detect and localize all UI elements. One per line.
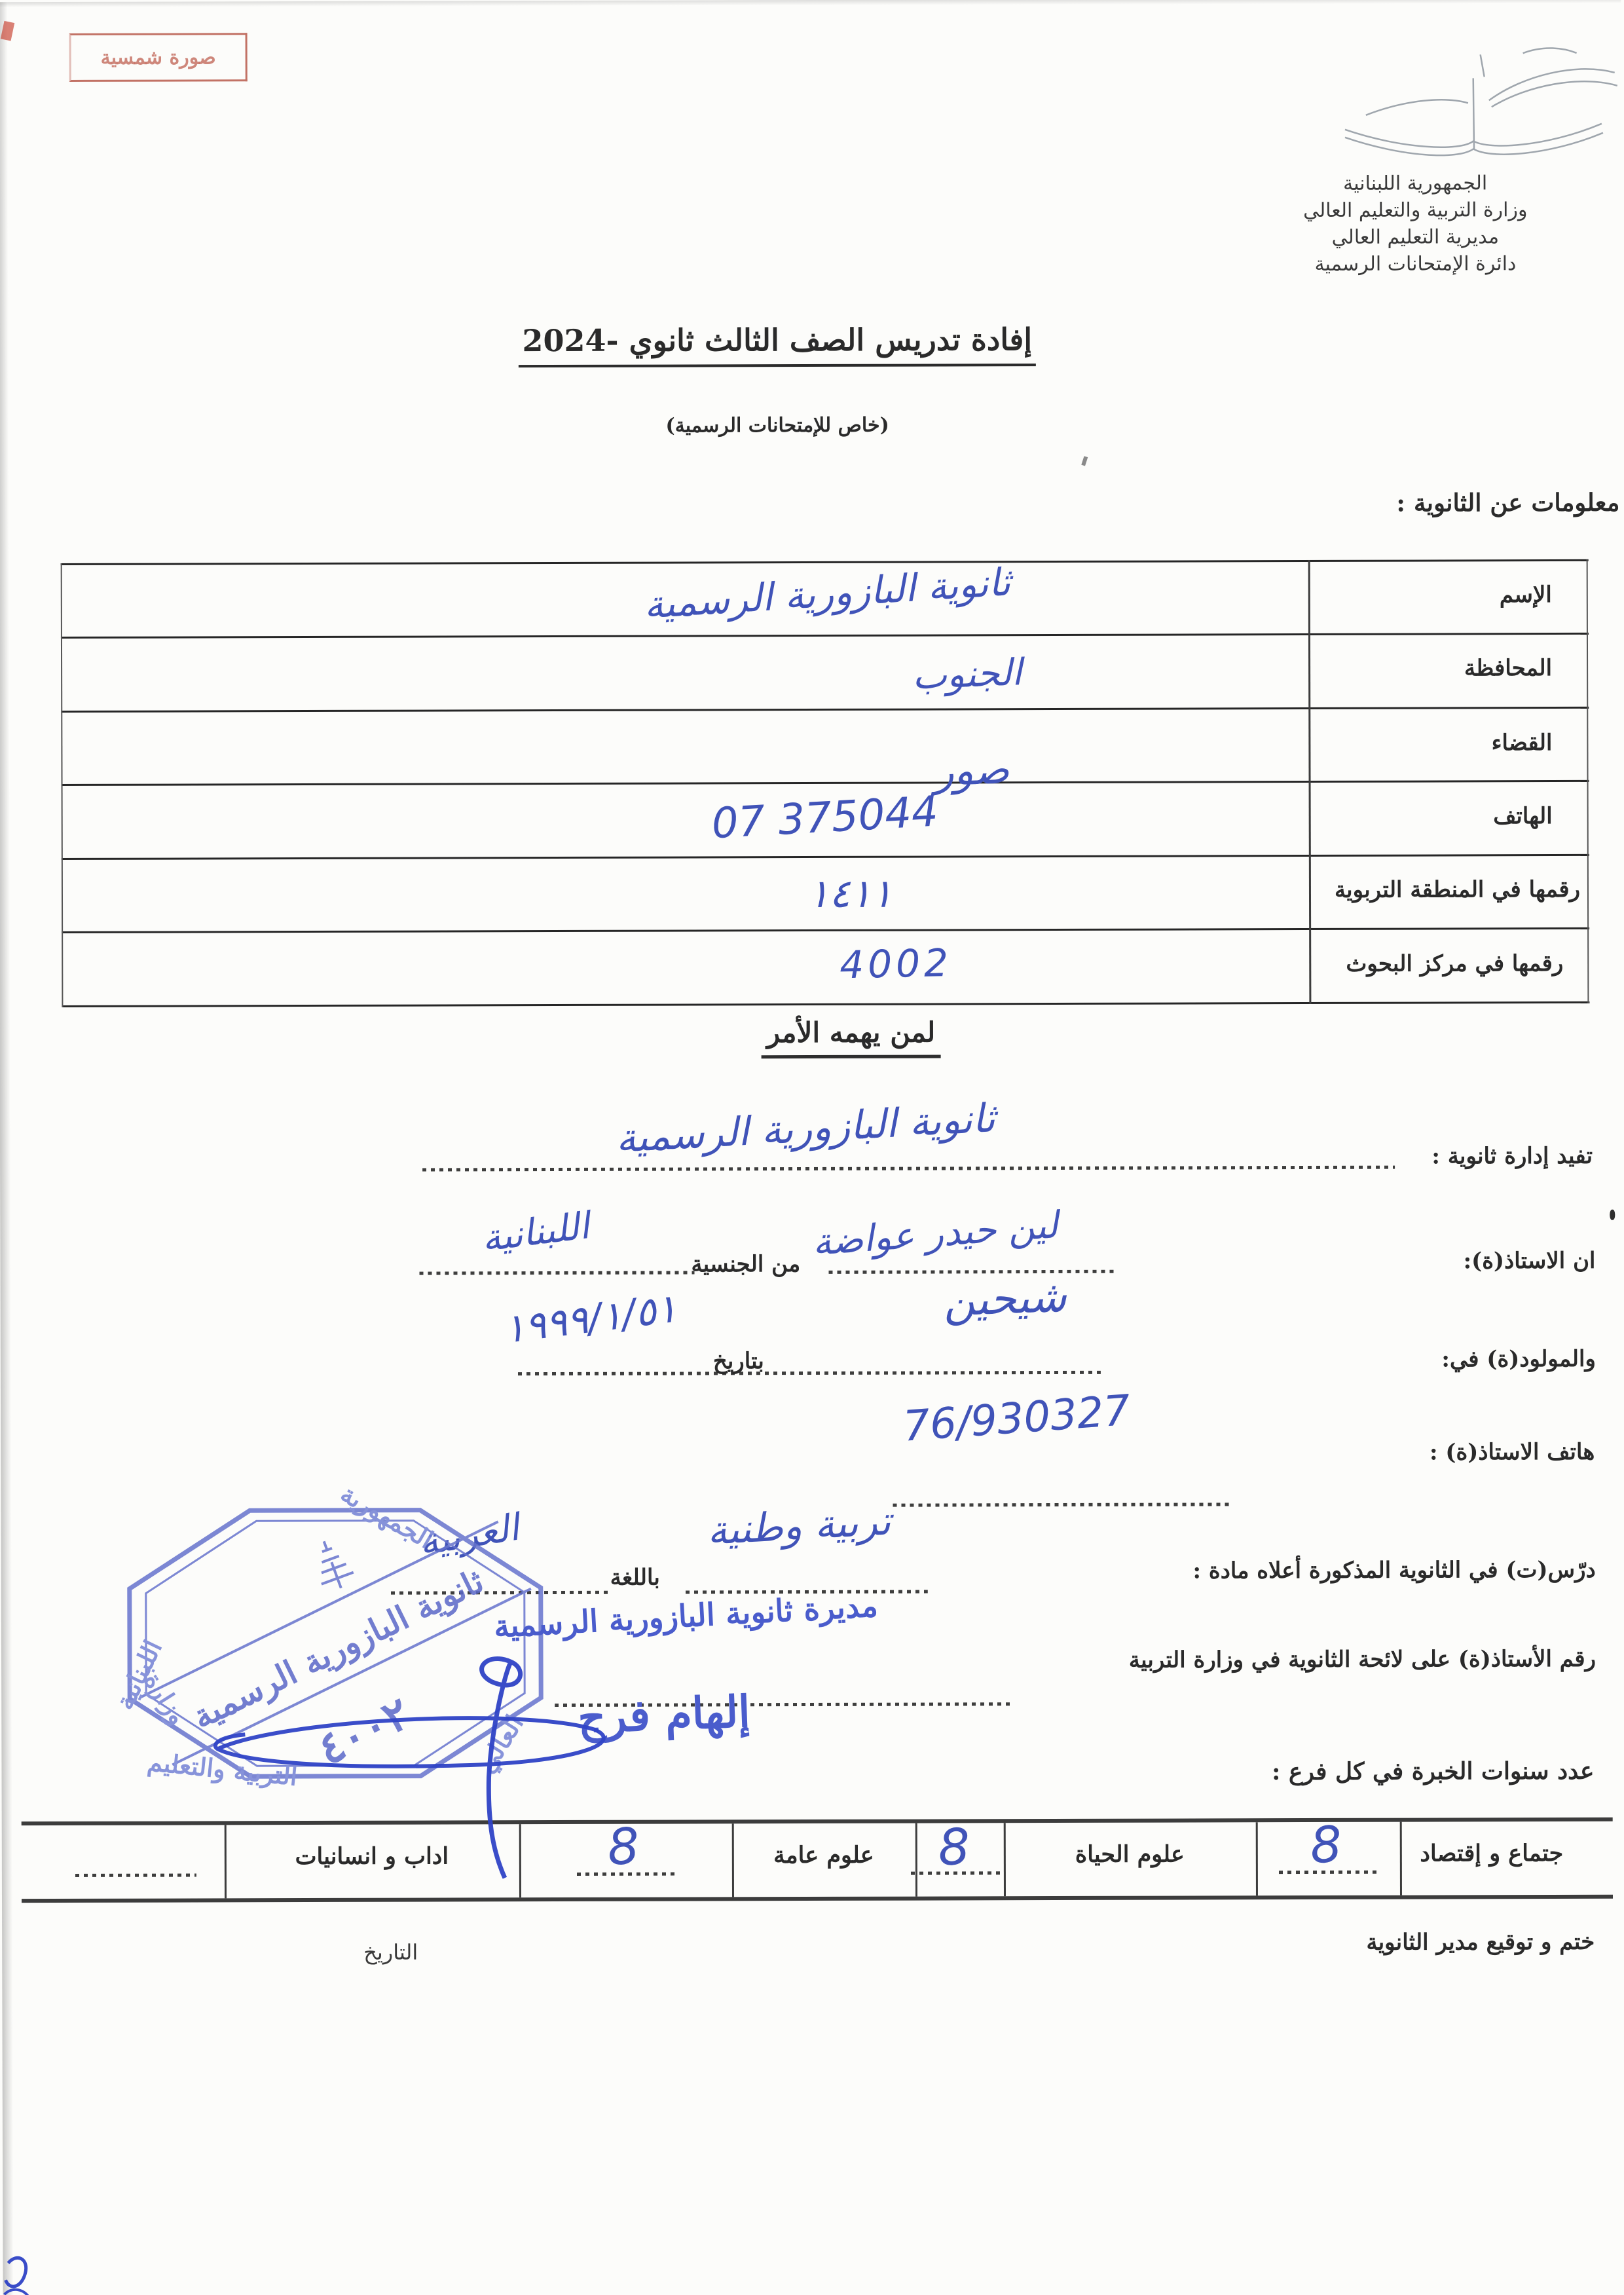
open-book-logo-icon	[1327, 37, 1622, 179]
exp-dots-humanities	[75, 1873, 196, 1876]
hw-research-center-number: 4002	[840, 941, 953, 987]
hw-teacher-phone: 76/930327	[902, 1387, 1132, 1451]
scanned-document-page: صورة شمسية الجمهورية اللبنانية وزارة الت…	[0, 0, 1624, 2295]
exp-label-humanities: اداب و انسانيات	[231, 1842, 513, 1870]
scan-edge-shadow-top	[0, 0, 1621, 7]
exp-label-general-sciences: علوم عامة	[732, 1842, 915, 1869]
line2-mid-label: من الجنسية	[691, 1251, 800, 1277]
row-label-phone: الهاتف	[1493, 803, 1553, 829]
hw-exp-economics: 8	[1308, 1815, 1343, 1875]
line4-label: هاتف الاستاذ(ة) :	[1430, 1439, 1595, 1466]
line1-label: تفيد إدارة ثانوية :	[1431, 1143, 1593, 1170]
line6-label: رقم الأستاذ(ة) على لائحة الثانوية في وزا…	[1129, 1646, 1596, 1673]
cedar-icon	[308, 1535, 357, 1594]
document-title-wrap: إفادة تدريس الصف الثالث ثانوي -2024	[391, 322, 1164, 359]
line3-label: والمولود(ة) في:	[1441, 1346, 1596, 1373]
hw-teacher-name: لين حيدر عواضة	[811, 1204, 1059, 1264]
header-line-department: دائرة الإمتحانات الرسمية	[1245, 250, 1585, 278]
row-label-governorate: المحافظة	[1464, 655, 1552, 681]
line2-dotted-line-nationality	[419, 1271, 694, 1275]
hw-district: صور	[933, 745, 1010, 795]
hw-governorate: الجنوب	[912, 651, 1023, 698]
hw-nationality: اللبنانية	[479, 1204, 591, 1260]
row-label-district: القضاء	[1491, 730, 1552, 756]
hw-exp-life-sciences: 8	[937, 1818, 971, 1877]
seal-ring-ministry-2: التربية والتعليم	[146, 1747, 299, 1792]
experience-heading: عدد سنوات الخبرة في كل فرع :	[1272, 1757, 1594, 1785]
hw-subject: تربية وطنية	[706, 1498, 892, 1554]
scan-edge-shadow-left	[0, 2, 14, 2295]
hw-attest-school: ثانوية البازورية الرسمية	[614, 1095, 996, 1162]
line1-dotted-line	[422, 1166, 1395, 1172]
seal-ring-republic: الجمهورية	[335, 1489, 438, 1555]
photo-stamp-box: صورة شمسية	[69, 33, 248, 82]
line3-dotted-line	[518, 1371, 1101, 1375]
ministry-header: الجمهورية اللبنانية وزارة التربية والتعل…	[1245, 170, 1585, 278]
seal-number: ٤٠٠٢	[310, 1687, 418, 1776]
school-info-table: الإسم المحافظة القضاء الهاتف رقمها في ال…	[61, 559, 1590, 1007]
header-line-republic: الجمهورية اللبنانية	[1245, 170, 1585, 197]
concern-heading: لمن يهمه الأمر	[762, 1016, 941, 1058]
ink-speck	[1081, 456, 1088, 466]
ink-speck	[1610, 1210, 1615, 1220]
line2-dotted-line-name	[828, 1270, 1116, 1274]
hw-edu-district-number: ١٤١١	[808, 871, 893, 917]
exp-label-economics: جتماع و إقتصاد	[1390, 1840, 1593, 1867]
footer-date-label: التاريخ	[363, 1940, 418, 1965]
hw-birthplace: شيحين	[942, 1271, 1067, 1326]
seal-band-text: ثانوية البازورية الرسمية	[187, 1561, 490, 1737]
director-stamp-name: إلهام فرج	[577, 1686, 751, 1744]
hw-exp-general-sciences: 8	[606, 1816, 640, 1876]
school-info-heading: معلومات عن الثانوية :	[1396, 488, 1619, 517]
row-label-name: الإسم	[1500, 582, 1552, 608]
document-title: إفادة تدريس الصف الثالث ثانوي -2024	[518, 322, 1036, 367]
line5-mid-label: باللغة	[610, 1565, 660, 1591]
photo-stamp-label: صورة شمسية	[101, 46, 216, 69]
line4-dotted-line	[893, 1502, 1233, 1506]
document-subtitle: (خاص للإمتحانات الرسمية)	[665, 414, 889, 438]
line3-mid-label: بتاريخ	[713, 1348, 764, 1374]
header-line-ministry: وزارة التربية والتعليم العالي	[1245, 196, 1585, 224]
hw-birthdate: ١٩٩٩/١/٥١	[501, 1286, 680, 1353]
line2-label: ان الاستاذ(ة):	[1464, 1248, 1596, 1275]
document-subtitle-wrap: (خاص للإمتحانات الرسمية)	[391, 413, 1164, 438]
footer-stamp-signature-label: ختم و توقيع مدير الثانوية	[1366, 1929, 1595, 1956]
seal-ring-ministry-3: العالي	[471, 1709, 529, 1778]
line5-label: درّس(ت) في الثانوية المذكورة أعلاه مادة …	[1192, 1557, 1595, 1584]
header-line-directorate: مديرية التعليم العالي	[1245, 223, 1585, 251]
concern-heading-wrap: لمن يهمه الأمر	[667, 1016, 1034, 1049]
row-label-research-center-number: رقمها في مركز البحوث	[1346, 950, 1563, 977]
exp-label-life-sciences: علوم الحياة	[1024, 1840, 1236, 1868]
row-label-edu-district-number: رقمها في المنطقة التربوية	[1335, 876, 1580, 903]
